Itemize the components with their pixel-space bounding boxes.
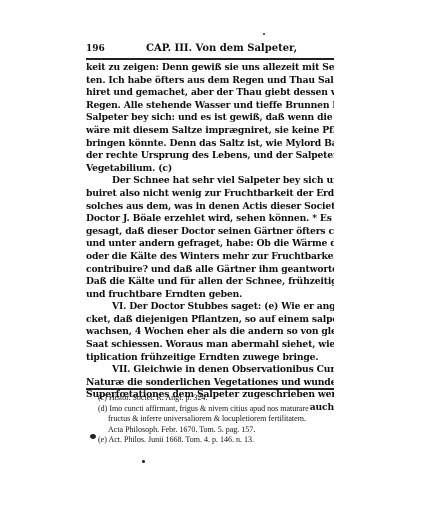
page-header: 196 CAP. III. Von dem Salpeter, [86, 43, 334, 57]
text-line: der rechte Ursprung des Lebens, und der … [86, 150, 334, 163]
text-line: bringen könnte. Denn das Saltz ist, wie … [86, 138, 334, 151]
text-line: und unter andern gefraget, habe: Ob die … [86, 238, 334, 251]
ink-speck [263, 33, 265, 35]
text-line: buiret also nicht wenig zur Fruchtbarkei… [86, 188, 334, 201]
text-line: Daß die Kälte und für allen der Schnee, … [86, 276, 334, 289]
text-line: oder die Kälte des Winters mehr zur Fruc… [86, 251, 334, 264]
text-line: und fruchtbare Erndten geben. [86, 289, 334, 302]
text-line: keit zu zeigen: Denn gewiß sie uns allez… [86, 62, 334, 75]
book-page: 196 CAP. III. Von dem Salpeter, keit zu … [0, 0, 423, 512]
text-line: Salpeter bey sich: und es ist gewiß, daß… [86, 112, 334, 125]
text-line: solches aus dem, was in denen Actis dies… [86, 201, 334, 214]
text-line: ten. Ich habe öfters aus dem Regen und T… [86, 75, 334, 88]
footnote: (e) Act. Philos. Junii 1668. Tom. 4. p. … [98, 435, 334, 446]
text-line: wachsen, 4 Wochen eher als die andern so… [86, 326, 334, 339]
text-line: wäre mit diesem Saltze imprægniret, sie … [86, 125, 334, 138]
footnotes: (c) Histor. Societ. R. Angl. p. 324.(d) … [98, 393, 334, 446]
text-line: Saat schiessen. Woraus man abermahl sieh… [86, 339, 334, 352]
footnote: fructus & inferre universaliorem & locup… [98, 414, 334, 425]
footnote: (c) Histor. Societ. R. Angl. p. 324. [98, 393, 334, 404]
text-line: hiret und gemachet, aber der Thau giebt … [86, 87, 334, 100]
text-line: VI. Der Doctor Stubbes saget: (e) Wie er… [86, 301, 334, 314]
text-line: Regen. Alle stehende Wasser und tieffe B… [86, 100, 334, 113]
text-line: VII. Gleichwie in denen Observationibus … [86, 364, 334, 377]
text-line: cket, daß diejenigen Pflantzen, so auf e… [86, 314, 334, 327]
text-line: Doctor J. Böale erzehlet wird, sehen kön… [86, 213, 334, 226]
ink-speck [142, 460, 145, 463]
text-line: Der Schnee hat sehr viel Salpeter bey si… [86, 175, 334, 188]
footnote-rule [86, 388, 334, 390]
header-rule [86, 58, 334, 60]
page-number: 196 [86, 44, 105, 54]
footnote: Acta Philosoph. Febr. 1670. Tom. 5. pag.… [98, 425, 334, 436]
ink-blot [90, 434, 96, 439]
text-line: contribuire? und daß alle Gärtner ihm ge… [86, 264, 334, 277]
text-line: tiplication frühzeitige Erndten zuwege b… [86, 352, 334, 365]
running-title: CAP. III. Von dem Salpeter, [146, 43, 297, 54]
text-line: Vegetabilium. (c) [86, 163, 334, 176]
footnote: (d) Imo cuncti affirmant, frigus & nivem… [98, 404, 334, 415]
text-line: gesagt, daß dieser Doctor seinen Gärtner… [86, 226, 334, 239]
body-text: keit zu zeigen: Denn gewiß sie uns allez… [86, 62, 334, 415]
